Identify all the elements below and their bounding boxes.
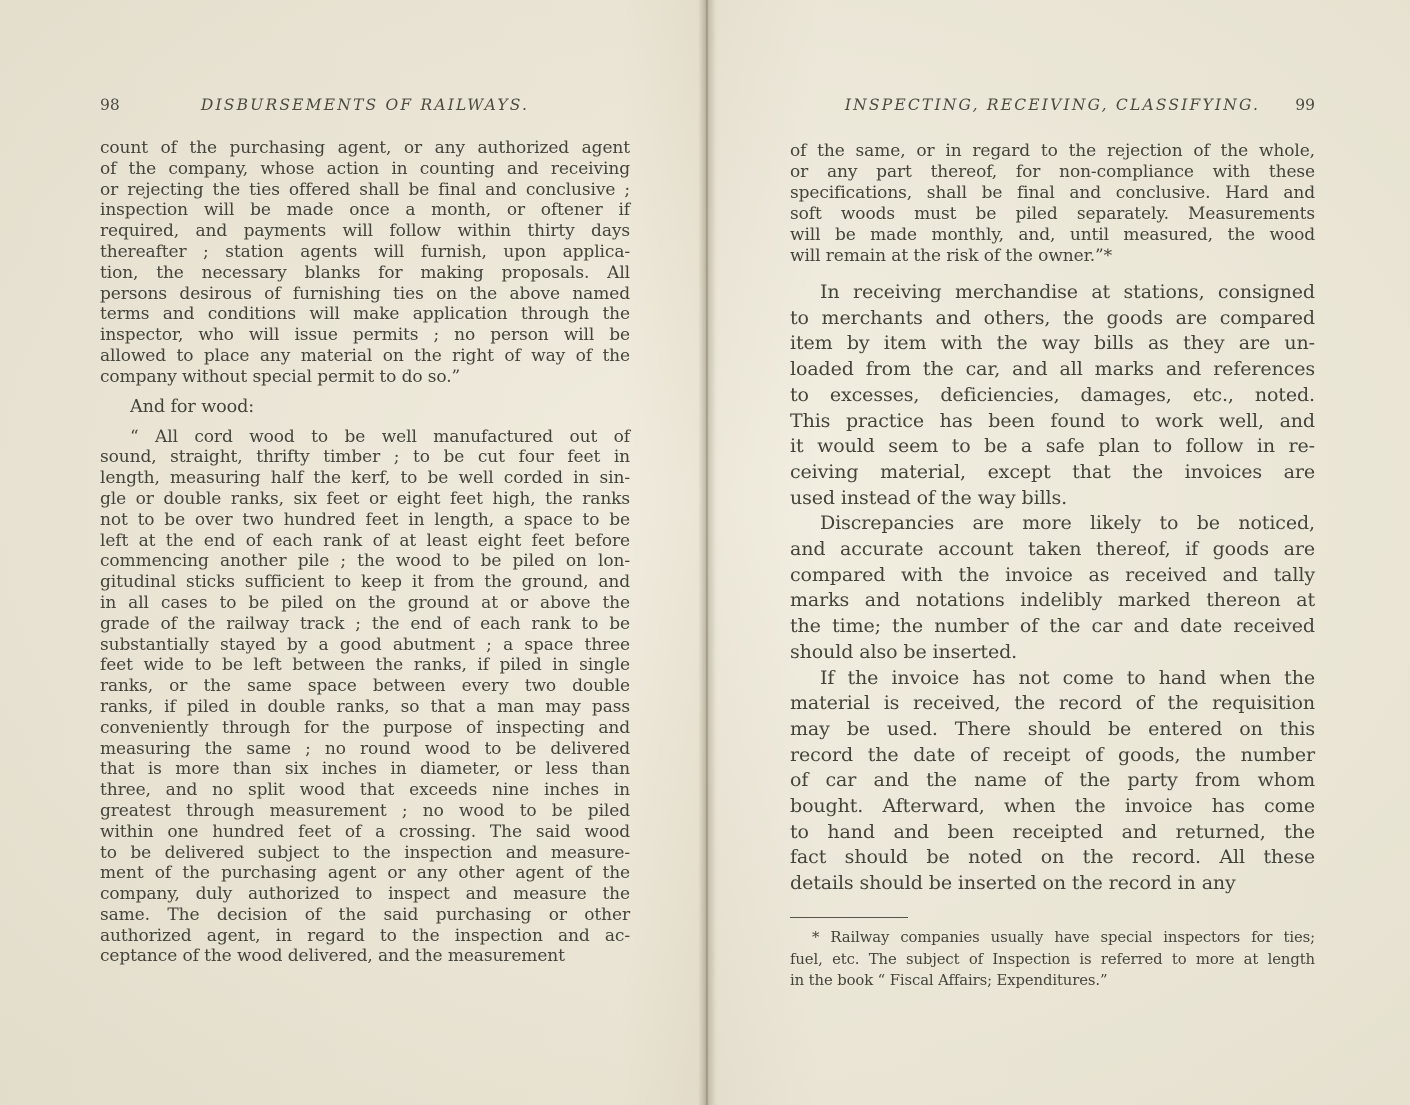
text-line: ceiving material, except that the invoic… [790,460,1315,486]
text-line: ceptance of the wood delivered, and the … [100,946,630,967]
text-line: details should be inserted on the record… [790,871,1315,897]
left-page-header: 98 DISBURSEMENTS OF RAILWAYS. [100,96,630,114]
text-line: it would seem to be a safe plan to follo… [790,434,1315,460]
text-line: This practice has been found to work wel… [790,409,1315,435]
text-line: persons desirous of furnishing ties on t… [100,284,630,305]
text-line: compared with the invoice as received an… [790,563,1315,589]
page-number: 99 [1295,96,1315,114]
paragraph: Discrepancies are more likely to be noti… [790,511,1315,665]
text-line: sound, straight, thrifty timber ; to be … [100,447,630,468]
text-line: that is more than six inches in diameter… [100,759,630,780]
running-title: INSPECTING, RECEIVING, CLASSIFYING. [790,96,1315,114]
text-line: authorized agent, in regard to the inspe… [100,926,630,947]
text-line: in the book “ Fiscal Affairs; Expenditur… [790,970,1315,992]
text-line: tion, the necessary blanks for making pr… [100,263,630,284]
footnote-separator-rule [790,917,908,918]
text-line: required, and payments will follow withi… [100,221,630,242]
page-number: 98 [100,96,120,114]
text-line: specifications, shall be final and concl… [790,183,1315,204]
text-line: * Railway companies usually have special… [790,927,1315,949]
text-line: not to be over two hundred feet in lengt… [100,510,630,531]
text-line: count of the purchasing agent, or any au… [100,138,630,159]
text-line: fuel, etc. The subject of Inspection is … [790,949,1315,971]
text-line: within one hundred feet of a crossing. T… [100,822,630,843]
text-line: three, and no split wood that exceeds ni… [100,780,630,801]
text-line: soft woods must be piled separately. Mea… [790,204,1315,225]
text-line: measuring the same ; no round wood to be… [100,739,630,760]
text-line: fact should be noted on the record. All … [790,845,1315,871]
text-line: or rejecting the ties offered shall be f… [100,180,630,201]
paragraph: If the invoice has not come to hand when… [790,666,1315,897]
text-line: feet wide to be left between the ranks, … [100,655,630,676]
text-line: inspector, who will issue permits ; no p… [100,325,630,346]
text-line: And for wood: [100,397,630,418]
text-line: record the date of receipt of goods, the… [790,743,1315,769]
text-line: ranks, if piled in double ranks, so that… [100,697,630,718]
text-line: grade of the railway track ; the end of … [100,614,630,635]
text-line: and accurate account taken thereof, if g… [790,537,1315,563]
text-line: of car and the name of the party from wh… [790,768,1315,794]
text-line: allowed to place any material on the rig… [100,346,630,367]
text-line: ranks, or the same space between every t… [100,676,630,697]
book-spread: 98 DISBURSEMENTS OF RAILWAYS. count of t… [0,0,1410,1105]
text-line: loaded from the car, and all marks and r… [790,357,1315,383]
text-line: ment of the purchasing agent or any othe… [100,863,630,884]
paragraph: of the same, or in regard to the rejecti… [790,141,1315,267]
text-line: marks and notations indelibly marked the… [790,588,1315,614]
paragraph: “ All cord wood to be well manufactured … [100,427,630,968]
text-line: to be delivered subject to the inspectio… [100,843,630,864]
text-line: item by item with the way bills as they … [790,331,1315,357]
text-line: used instead of the way bills. [790,486,1315,512]
right-page: INSPECTING, RECEIVING, CLASSIFYING. 99 o… [705,0,1410,1105]
text-line: thereafter ; station agents will furnish… [100,242,630,263]
text-line: left at the end of each rank of at least… [100,531,630,552]
text-line: commencing another pile ; the wood to be… [100,551,630,572]
text-line: gle or double ranks, six feet or eight f… [100,489,630,510]
text-line: company without special permit to do so.… [100,367,630,388]
text-line: In receiving merchandise at stations, co… [790,280,1315,306]
text-line: material is received, the record of the … [790,691,1315,717]
running-title: DISBURSEMENTS OF RAILWAYS. [100,96,630,114]
text-line: to hand and been receipted and returned,… [790,820,1315,846]
text-line: conveniently through for the purpose of … [100,718,630,739]
text-line: in all cases to be piled on the ground a… [100,593,630,614]
text-line: will remain at the risk of the owner.”* [790,246,1315,267]
text-line: should also be inserted. [790,640,1315,666]
footnote: * Railway companies usually have special… [790,917,1315,992]
text-line: inspection will be made once a month, or… [100,200,630,221]
paragraph: count of the purchasing agent, or any au… [100,138,630,388]
page-body: of the same, or in regard to the rejecti… [790,141,1315,897]
paragraph: And for wood: [100,397,630,418]
right-page-header: INSPECTING, RECEIVING, CLASSIFYING. 99 [790,96,1315,114]
text-line: gitudinal sticks sufficient to keep it f… [100,572,630,593]
text-line: “ All cord wood to be well manufactured … [100,427,630,448]
text-line: terms and conditions will make applicati… [100,304,630,325]
page-body: count of the purchasing agent, or any au… [100,138,630,967]
text-line: or any part thereof, for non-compliance … [790,162,1315,183]
text-line: of the same, or in regard to the rejecti… [790,141,1315,162]
text-line: of the company, whose action in counting… [100,159,630,180]
text-line: If the invoice has not come to hand when… [790,666,1315,692]
text-line: substantially stayed by a good abutment … [100,635,630,656]
left-page: 98 DISBURSEMENTS OF RAILWAYS. count of t… [0,0,705,1105]
text-line: length, measuring half the kerf, to be w… [100,468,630,489]
text-line: the time; the number of the car and date… [790,614,1315,640]
footnote-lines: * Railway companies usually have special… [790,927,1315,992]
text-line: may be used. There should be entered on … [790,717,1315,743]
paragraph: In receiving merchandise at stations, co… [790,280,1315,511]
text-line: Discrepancies are more likely to be noti… [790,511,1315,537]
text-line: bought. Afterward, when the invoice has … [790,794,1315,820]
text-line: to merchants and others, the goods are c… [790,306,1315,332]
text-line: greatest through measurement ; no wood t… [100,801,630,822]
text-line: to excesses, deficiencies, damages, etc.… [790,383,1315,409]
text-line: will be made monthly, and, until measure… [790,225,1315,246]
text-line: company, duly authorized to inspect and … [100,884,630,905]
text-line: same. The decision of the said purchasin… [100,905,630,926]
